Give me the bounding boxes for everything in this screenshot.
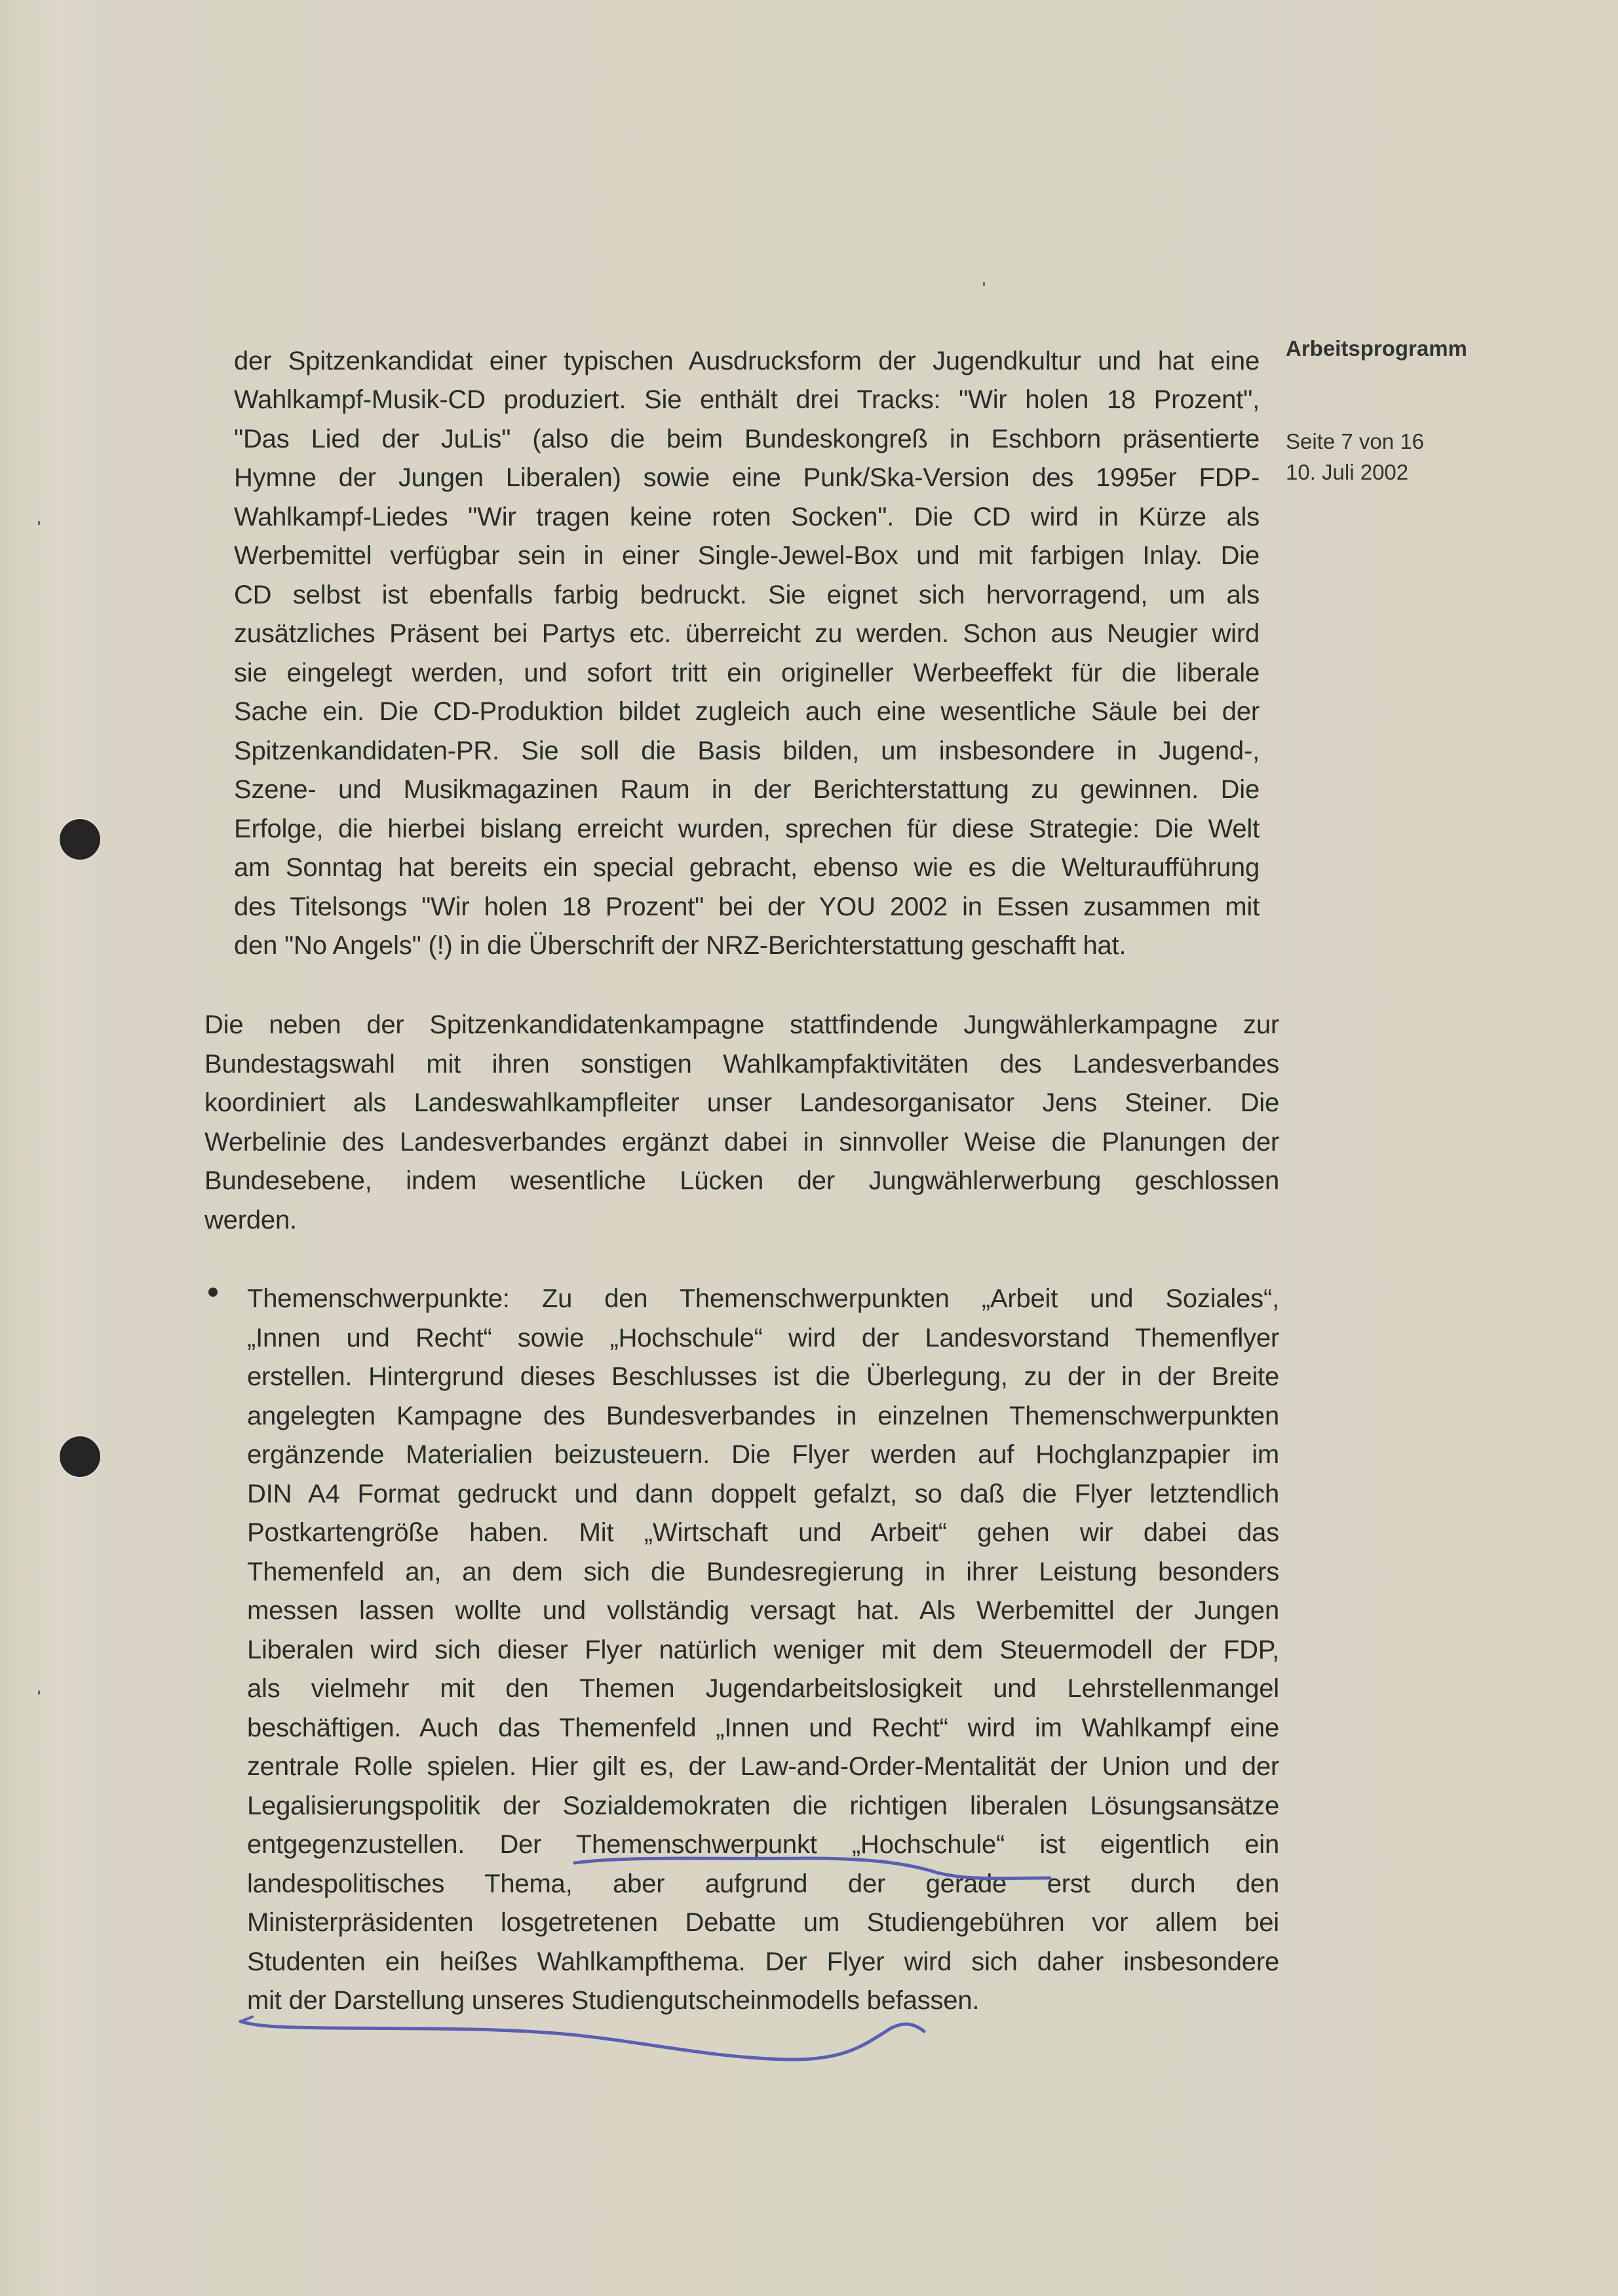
scanned-page: Arbeitsprogramm Seite 7 von 16 10. Juli … bbox=[0, 0, 1618, 2296]
text-line: "Das Lied der JuLis" (also die beim Bund… bbox=[234, 423, 1260, 455]
text-line: Themenschwerpunkte: Zu den Themenschwerp… bbox=[247, 1283, 1279, 1314]
text-line: ergänzende Materialien beizusteuern. Die… bbox=[247, 1439, 1279, 1470]
text-line: angelegten Kampagne des Bundesverbandes … bbox=[247, 1400, 1279, 1432]
text-line: Spitzenkandidaten-PR. Sie soll die Basis… bbox=[234, 735, 1260, 767]
punch-hole-top bbox=[60, 819, 100, 860]
punch-hole-bottom bbox=[60, 1436, 100, 1477]
text-line: beschäftigen. Auch das Themenfeld „Innen… bbox=[247, 1712, 1279, 1744]
text-line: CD selbst ist ebenfalls farbig bedruckt.… bbox=[234, 579, 1260, 611]
text-line: Bundestagswahl mit ihren sonstigen Wahlk… bbox=[204, 1048, 1279, 1080]
text-line: zentrale Rolle spielen. Hier gilt es, de… bbox=[247, 1751, 1279, 1782]
document-title: Arbeitsprogramm bbox=[1286, 336, 1467, 361]
text-line: den "No Angels" (!) in die Überschrift d… bbox=[234, 930, 1260, 961]
text-line: entgegenzustellen. Der Themenschwerpunkt… bbox=[247, 1829, 1279, 1860]
text-line: Werbemittel verfügbar sein in einer Sing… bbox=[234, 540, 1260, 571]
margin-mark bbox=[983, 282, 985, 286]
text-line: der Spitzenkandidat einer typischen Ausd… bbox=[234, 345, 1260, 377]
page-number: Seite 7 von 16 bbox=[1286, 429, 1424, 454]
text-line: Studenten ein heißes Wahlkampfthema. Der… bbox=[247, 1946, 1279, 1978]
text-line: Liberalen wird sich dieser Flyer natürli… bbox=[247, 1634, 1279, 1666]
text-line: werden. bbox=[204, 1204, 1279, 1236]
text-line: am Sonntag hat bereits ein special gebra… bbox=[234, 852, 1260, 883]
text-line: DIN A4 Format gedruckt und dann doppelt … bbox=[247, 1478, 1279, 1510]
text-line: Wahlkampf-Musik-CD produziert. Sie enthä… bbox=[234, 384, 1260, 415]
margin-mark bbox=[38, 521, 40, 525]
text-line: Hymne der Jungen Liberalen) sowie eine P… bbox=[234, 462, 1260, 493]
text-line: Wahlkampf-Liedes "Wir tragen keine roten… bbox=[234, 501, 1260, 533]
document-date: 10. Juli 2002 bbox=[1286, 460, 1408, 485]
text-line: Ministerpräsidenten losgetretenen Debatt… bbox=[247, 1907, 1279, 1938]
text-line: des Titelsongs "Wir holen 18 Prozent" be… bbox=[234, 891, 1260, 923]
text-line: Themenfeld an, an dem sich die Bundesreg… bbox=[247, 1556, 1279, 1588]
text-line: Erfolge, die hierbei bislang erreicht wu… bbox=[234, 813, 1260, 845]
text-line: Sache ein. Die CD-Produktion bildet zugl… bbox=[234, 696, 1260, 727]
text-line: sie eingelegt werden, und sofort tritt e… bbox=[234, 657, 1260, 689]
text-line: Postkartengröße haben. Mit „Wirtschaft u… bbox=[247, 1517, 1279, 1548]
margin-mark bbox=[38, 1691, 40, 1694]
text-line: koordiniert als Landeswahlkampfleiter un… bbox=[204, 1087, 1279, 1119]
bullet-icon bbox=[208, 1288, 218, 1297]
text-line: mit der Darstellung unseres Studiengutsc… bbox=[247, 1985, 1279, 2016]
text-line: Bundesebene, indem wesentliche Lücken de… bbox=[204, 1165, 1279, 1196]
text-line: messen lassen wollte und vollständig ver… bbox=[247, 1595, 1279, 1626]
text-line: erstellen. Hintergrund dieses Beschlusse… bbox=[247, 1361, 1279, 1392]
text-line: landespolitisches Thema, aber aufgrund d… bbox=[247, 1868, 1279, 1900]
text-line: zusätzliches Präsent bei Partys etc. übe… bbox=[234, 618, 1260, 649]
text-line: Werbelinie des Landesverbandes ergänzt d… bbox=[204, 1126, 1279, 1158]
text-line: Die neben der Spitzenkandidatenkampagne … bbox=[204, 1009, 1279, 1041]
text-line: als vielmehr mit den Themen Jugendarbeit… bbox=[247, 1673, 1279, 1704]
text-line: „Innen und Recht“ sowie „Hochschule“ wir… bbox=[247, 1322, 1279, 1354]
text-line: Legalisierungspolitik der Sozialdemokrat… bbox=[247, 1790, 1279, 1822]
text-line: Szene- und Musikmagazinen Raum in der Be… bbox=[234, 774, 1260, 805]
